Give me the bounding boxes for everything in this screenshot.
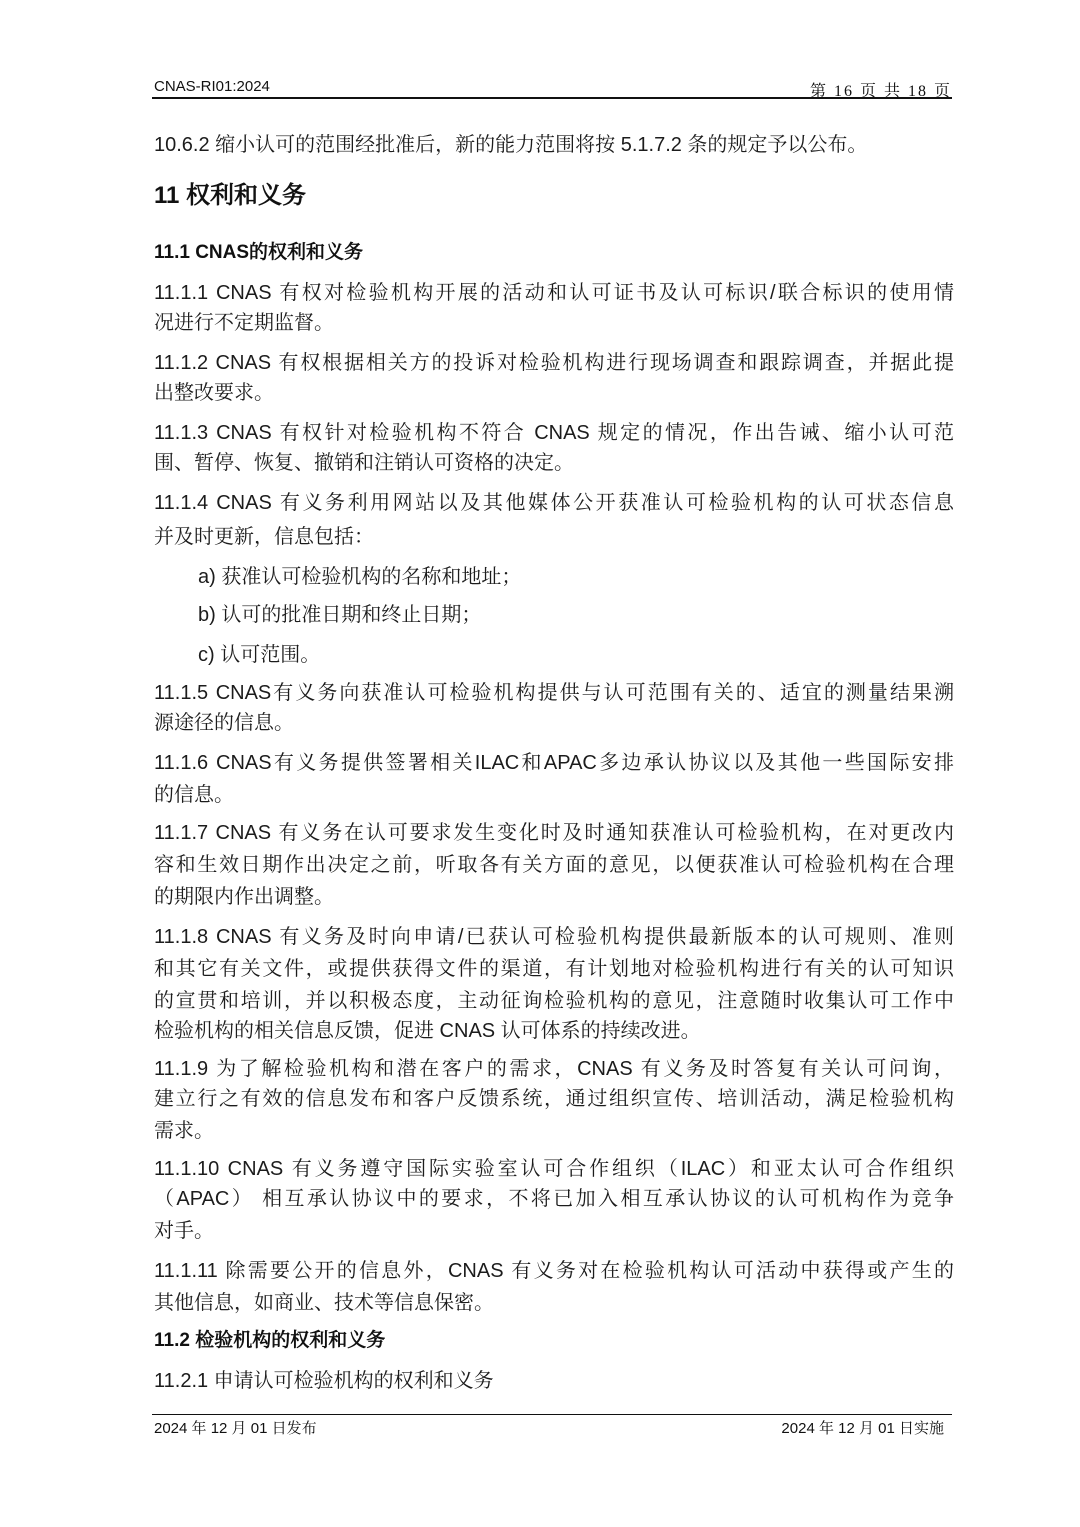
section-heading-11: 11 权利和义务	[154, 184, 954, 208]
paragraph-11-1-10-line: （APAC） 相互承认协议中的要求，不将已加入相互承认协议的认可机构作为竞争	[154, 1187, 954, 1211]
list-item-c: c) 认可范围。	[198, 643, 798, 667]
paragraph-11-1-1-line: 11.1.1 CNAS 有权对检验机构开展的活动和认可证书及认可标识/联合标识的…	[154, 281, 954, 305]
section-heading-11-1: 11.1 CNAS的权利和义务	[154, 241, 954, 265]
paragraph-11-1-3-line: 围、暂停、恢复、撤销和注销认可资格的决定。	[154, 451, 954, 475]
paragraph-11-1-8-line: 检验机构的相关信息反馈，促进 CNAS 认可体系的持续改进。	[154, 1019, 954, 1043]
paragraph-11-1-11-line: 其他信息，如商业、技术等信息保密。	[154, 1291, 954, 1315]
paragraph-11-1-11-line: 11.1.11 除需要公开的信息外，CNAS 有义务对在检验机构认可活动中获得或…	[154, 1259, 954, 1283]
paragraph-11-1-9-line: 需求。	[154, 1119, 954, 1143]
paragraph-11-1-6-line: 的信息。	[154, 783, 954, 807]
paragraph-11-1-7-line: 11.1.7 CNAS 有义务在认可要求发生变化时及时通知获准认可检验机构，在对…	[154, 821, 954, 845]
paragraph-11-1-2-line: 出整改要求。	[154, 381, 954, 405]
paragraph-11-1-5-line: 源途径的信息。	[154, 711, 954, 735]
paragraph-11-1-3-line: 11.1.3 CNAS 有权针对检验机构不符合 CNAS 规定的情况，作出告诫、…	[154, 421, 954, 445]
paragraph-11-1-4-line: 并及时更新，信息包括：	[154, 525, 954, 549]
paragraph-11-2-1: 11.2.1 申请认可检验机构的权利和义务	[154, 1369, 954, 1393]
effective-date: 2024 年 12 月 01 日实施	[781, 1417, 944, 1438]
document-id: CNAS-RI01:2024	[154, 78, 270, 95]
paragraph-11-1-8-line: 和其它有关文件，或提供获得文件的渠道，有计划地对检验机构进行有关的认可知识	[154, 957, 954, 981]
paragraph-10-6-2: 10.6.2 缩小认可的范围经批准后，新的能力范围将按 5.1.7.2 条的规定…	[154, 133, 954, 157]
paragraph-11-1-2-line: 11.1.2 CNAS 有权根据相关方的投诉对检验机构进行现场调查和跟踪调查，并…	[154, 351, 954, 375]
footer-divider	[152, 1414, 952, 1415]
header-divider	[152, 97, 952, 99]
section-heading-11-2: 11.2 检验机构的权利和义务	[154, 1329, 954, 1353]
paragraph-11-1-1-line: 况进行不定期监督。	[154, 311, 954, 335]
issue-date: 2024 年 12 月 01 日发布	[154, 1417, 317, 1438]
paragraph-11-1-8-line: 11.1.8 CNAS 有义务及时向申请/已获认可检验机构提供最新版本的认可规则…	[154, 925, 954, 949]
paragraph-11-1-10-line: 对手。	[154, 1219, 954, 1243]
paragraph-11-1-9-line: 11.1.9 为了解检验机构和潜在客户的需求，CNAS 有义务及时答复有关认可问…	[154, 1057, 954, 1081]
paragraph-11-1-4-line: 11.1.4 CNAS 有义务利用网站以及其他媒体公开获准认可检验机构的认可状态…	[154, 491, 954, 515]
paragraph-11-1-10-line: 11.1.10 CNAS 有义务遵守国际实验室认可合作组织（ILAC）和亚太认可…	[154, 1157, 954, 1181]
list-item-b: b) 认可的批准日期和终止日期；	[198, 603, 798, 627]
paragraph-11-1-8-line: 的宣贯和培训，并以积极态度，主动征询检验机构的意见，注意随时收集认可工作中	[154, 989, 954, 1013]
paragraph-11-1-7-line: 容和生效日期作出决定之前，听取各有关方面的意见，以便获准认可检验机构在合理	[154, 853, 954, 877]
list-item-a: a) 获准认可检验机构的名称和地址；	[198, 565, 798, 589]
paragraph-11-1-5-line: 11.1.5 CNAS有义务向获准认可检验机构提供与认可范围有关的、适宜的测量结…	[154, 681, 954, 705]
paragraph-11-1-9-line: 建立行之有效的信息发布和客户反馈系统，通过组织宣传、培训活动，满足检验机构	[154, 1087, 954, 1111]
paragraph-11-1-6-line: 11.1.6 CNAS有义务提供签署相关ILAC和APAC多边承认协议以及其他一…	[154, 751, 954, 775]
paragraph-11-1-7-line: 的期限内作出调整。	[154, 885, 954, 909]
